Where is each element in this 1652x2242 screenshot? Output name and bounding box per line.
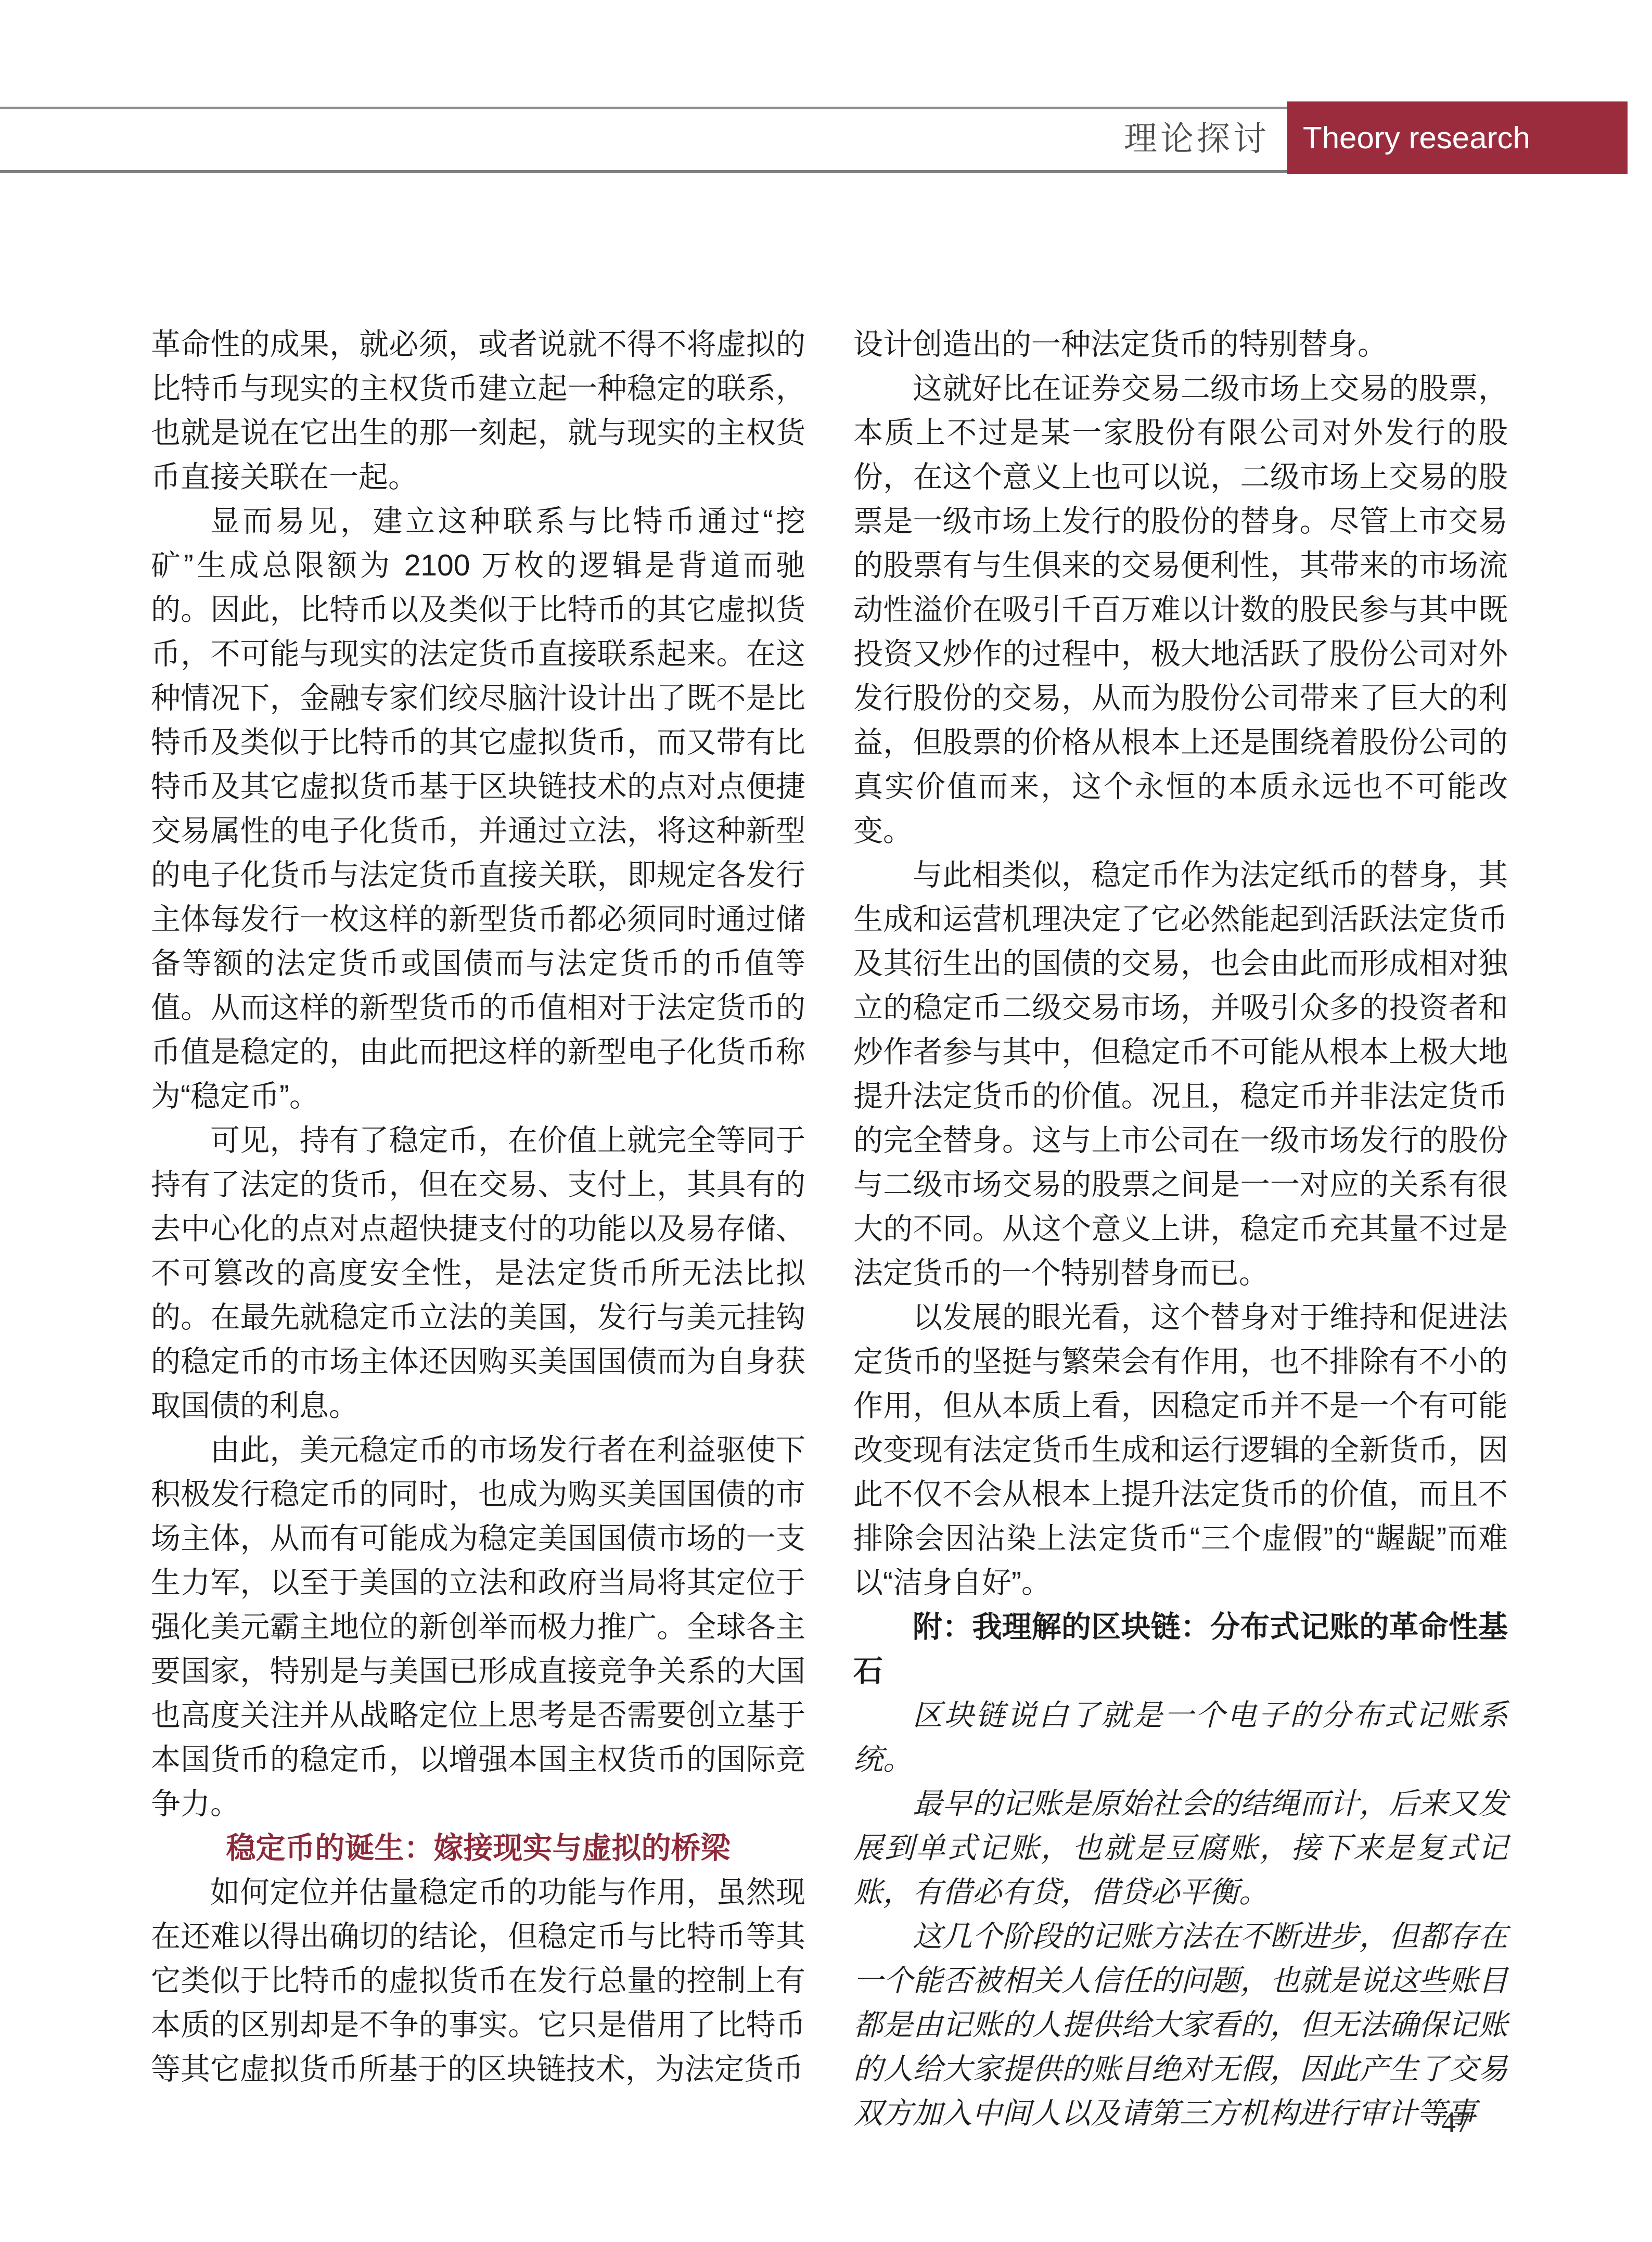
header-rule-bottom bbox=[0, 170, 1287, 173]
body-paragraph: 以发展的眼光看，这个替身对于维持和促进法定货币的坚挺与繁荣会有作用，也不排除有不… bbox=[853, 1296, 1508, 1605]
body-paragraph: 革命性的成果，就必须，或者说就不得不将虚拟的比特币与现实的主权货币建立起一种稳定… bbox=[151, 323, 805, 499]
body-paragraph: 这就好比在证券交易二级市场上交易的股票，本质上不过是某一家股份有限公司对外发行的… bbox=[853, 367, 1508, 853]
body-paragraph: 设计创造出的一种法定货币的特别替身。 bbox=[853, 323, 1508, 367]
section-heading: 稳定币的诞生：嫁接现实与虚拟的桥梁 bbox=[151, 1826, 805, 1871]
body-paragraph: 显而易见，建立这种联系与比特币通过“挖矿”生成总限额为 2100 万枚的逻辑是背… bbox=[151, 499, 805, 1119]
header-rule-top bbox=[0, 107, 1287, 109]
body-paragraph: 可见，持有了稳定币，在价值上就完全等同于持有了法定的货币，但在交易、支付上，其具… bbox=[151, 1119, 805, 1428]
magazine-page: 理论探讨 Theory research 革命性的成果，就必须，或者说就不得不将… bbox=[0, 0, 1652, 2242]
body-paragraph: 由此，美元稳定币的市场发行者在利益驱使下积极发行稳定币的同时，也成为购买美国国债… bbox=[151, 1428, 805, 1826]
appendix-heading: 附：我理解的区块链：分布式记账的革命性基石 bbox=[853, 1605, 1508, 1694]
right-column: 设计创造出的一种法定货币的特别替身。这就好比在证券交易二级市场上交易的股票，本质… bbox=[853, 323, 1508, 2136]
section-title-box: Theory research bbox=[1287, 101, 1628, 174]
kai-paragraph: 最早的记账是原始社会的结绳而计，后来又发展到单式记账，也就是豆腐账，接下来是复式… bbox=[853, 1782, 1508, 1915]
body-paragraph: 如何定位并估量稳定币的功能与作用，虽然现在还难以得出确切的结论，但稳定币与比特币… bbox=[151, 1871, 805, 2092]
kai-paragraph: 区块链说白了就是一个电子的分布式记账系统。 bbox=[853, 1694, 1508, 1782]
section-title-en: Theory research bbox=[1303, 101, 1628, 174]
kai-paragraph: 这几个阶段的记账方法在不断进步，但都存在一个能否被相关人信任的问题，也就是说这些… bbox=[853, 1915, 1508, 2136]
page-number: 47 bbox=[1441, 2106, 1470, 2139]
body-paragraph: 与此相类似，稳定币作为法定纸币的替身，其生成和运营机理决定了它必然能起到活跃法定… bbox=[853, 853, 1508, 1296]
section-title-zh: 理论探讨 bbox=[1124, 120, 1270, 157]
left-column: 革命性的成果，就必须，或者说就不得不将虚拟的比特币与现实的主权货币建立起一种稳定… bbox=[151, 323, 805, 2092]
